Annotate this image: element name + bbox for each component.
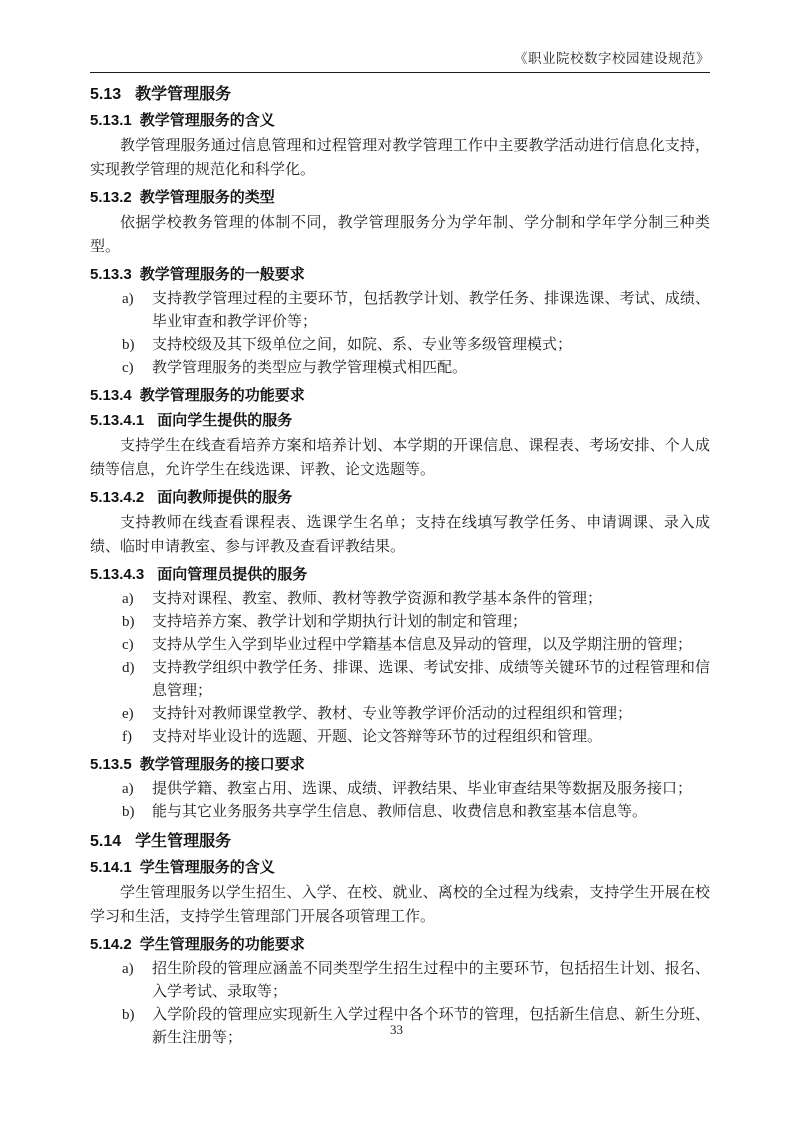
heading-5-13: 5.13教学管理服务 (90, 85, 710, 105)
document-page: 《职业院校数字校园建设规范》 5.13教学管理服务 5.13.1教学管理服务的含… (0, 0, 793, 1122)
paragraph: 教学管理服务通过信息管理和过程管理对教学管理工作中主要教学活动进行信息化支持，实… (90, 134, 710, 182)
list-item-marker: e) (122, 703, 152, 726)
list-item-text: 支持针对教师课堂教学、教材、专业等教学评价活动的过程组织和管理； (152, 703, 710, 726)
list-item: a) 招生阶段的管理应涵盖不同类型学生招生过程中的主要环节，包括招生计划、报名、… (122, 958, 710, 1004)
list-item-marker: a) (122, 778, 152, 801)
list-item: d) 支持教学组织中教学任务、排课、选课、考试安排、成绩等关键环节的过程管理和信… (122, 657, 710, 703)
page-header: 《职业院校数字校园建设规范》 (90, 50, 710, 73)
requirement-list-5-13-3: a) 支持教学管理过程的主要环节，包括教学计划、教学任务、排课选课、考试、成绩、… (90, 288, 710, 380)
list-item-text: 支持从学生入学到毕业过程中学籍基本信息及异动的管理，以及学期注册的管理； (152, 634, 710, 657)
list-item-marker: c) (122, 634, 152, 657)
list-item: c) 教学管理服务的类型应与教学管理模式相匹配。 (122, 357, 710, 380)
heading-number: 5.13.3 (90, 266, 132, 283)
list-item-marker: f) (122, 726, 152, 749)
list-item: e) 支持针对教师课堂教学、教材、专业等教学评价活动的过程组织和管理； (122, 703, 710, 726)
list-item-marker: a) (122, 958, 152, 1004)
page-footer: 33 (0, 1022, 793, 1038)
heading-5-13-4-2: 5.13.4.2面向教师提供的服务 (90, 488, 710, 507)
list-item: c) 支持从学生入学到毕业过程中学籍基本信息及异动的管理，以及学期注册的管理； (122, 634, 710, 657)
heading-5-14-1: 5.14.1学生管理服务的含义 (90, 858, 710, 877)
list-item-marker: a) (122, 288, 152, 334)
heading-title: 教学管理服务的类型 (140, 189, 275, 206)
heading-number: 5.13.4.2 (90, 489, 144, 506)
heading-5-13-4-3: 5.13.4.3面向管理员提供的服务 (90, 565, 710, 584)
heading-number: 5.14.2 (90, 936, 132, 953)
heading-number: 5.13.4.1 (90, 412, 144, 429)
list-item-text: 教学管理服务的类型应与教学管理模式相匹配。 (152, 357, 710, 380)
heading-5-13-3: 5.13.3教学管理服务的一般要求 (90, 265, 710, 284)
list-item-marker: b) (122, 334, 152, 357)
list-item-text: 支持对课程、教室、教师、教材等教学资源和教学基本条件的管理； (152, 588, 710, 611)
heading-5-13-4: 5.13.4教学管理服务的功能要求 (90, 386, 710, 405)
list-item-text: 提供学籍、教室占用、选课、成绩、评教结果、毕业审查结果等数据及服务接口； (152, 778, 710, 801)
heading-title: 教学管理服务的功能要求 (140, 387, 305, 404)
requirement-list-5-13-4-3: a) 支持对课程、教室、教师、教材等教学资源和教学基本条件的管理； b) 支持培… (90, 588, 710, 749)
heading-5-13-1: 5.13.1教学管理服务的含义 (90, 111, 710, 130)
list-item: b) 支持校级及其下级单位之间，如院、系、专业等多级管理模式； (122, 334, 710, 357)
list-item-marker: b) (122, 611, 152, 634)
list-item-marker: d) (122, 657, 152, 703)
heading-5-13-4-1: 5.13.4.1面向学生提供的服务 (90, 411, 710, 430)
paragraph: 支持学生在线查看培养方案和培养计划、本学期的开课信息、课程表、考场安排、个人成绩… (90, 434, 710, 482)
heading-number: 5.14.1 (90, 859, 132, 876)
paragraph: 支持教师在线查看课程表、选课学生名单；支持在线填写教学任务、申请调课、录入成绩、… (90, 511, 710, 559)
heading-5-13-2: 5.13.2教学管理服务的类型 (90, 188, 710, 207)
heading-title: 面向学生提供的服务 (157, 412, 292, 429)
page-number: 33 (390, 1022, 403, 1037)
requirement-list-5-13-5: a) 提供学籍、教室占用、选课、成绩、评教结果、毕业审查结果等数据及服务接口； … (90, 778, 710, 824)
list-item: f) 支持对毕业设计的选题、开题、论文答辩等环节的过程组织和管理。 (122, 726, 710, 749)
paragraph: 依据学校教务管理的体制不同，教学管理服务分为学年制、学分制和学年学分制三种类型。 (90, 211, 710, 259)
list-item-text: 支持校级及其下级单位之间，如院、系、专业等多级管理模式； (152, 334, 710, 357)
list-item: b) 支持培养方案、教学计划和学期执行计划的制定和管理； (122, 611, 710, 634)
list-item-text: 支持对毕业设计的选题、开题、论文答辩等环节的过程组织和管理。 (152, 726, 710, 749)
list-item-text: 招生阶段的管理应涵盖不同类型学生招生过程中的主要环节，包括招生计划、报名、入学考… (152, 958, 710, 1004)
list-item-text: 支持教学管理过程的主要环节，包括教学计划、教学任务、排课选课、考试、成绩、毕业审… (152, 288, 710, 334)
paragraph: 学生管理服务以学生招生、入学、在校、就业、离校的全过程为线索，支持学生开展在校学… (90, 881, 710, 929)
heading-title: 学生管理服务的含义 (140, 859, 275, 876)
header-title: 《职业院校数字校园建设规范》 (514, 51, 710, 66)
heading-title: 面向管理员提供的服务 (157, 566, 307, 583)
heading-5-13-5: 5.13.5教学管理服务的接口要求 (90, 755, 710, 774)
heading-title: 教学管理服务的含义 (140, 112, 275, 129)
heading-number: 5.13.4.3 (90, 566, 144, 583)
list-item-marker: b) (122, 801, 152, 824)
heading-number: 5.14 (90, 833, 121, 850)
heading-title: 面向教师提供的服务 (157, 489, 292, 506)
heading-title: 学生管理服务 (135, 833, 231, 850)
heading-number: 5.13 (90, 86, 121, 103)
list-item-text: 支持教学组织中教学任务、排课、选课、考试安排、成绩等关键环节的过程管理和信息管理… (152, 657, 710, 703)
list-item-text: 能与其它业务服务共享学生信息、教师信息、收费信息和教室基本信息等。 (152, 801, 710, 824)
list-item-marker: a) (122, 588, 152, 611)
heading-5-14-2: 5.14.2学生管理服务的功能要求 (90, 935, 710, 954)
list-item: a) 提供学籍、教室占用、选课、成绩、评教结果、毕业审查结果等数据及服务接口； (122, 778, 710, 801)
heading-title: 学生管理服务的功能要求 (140, 936, 305, 953)
heading-number: 5.13.1 (90, 112, 132, 129)
heading-number: 5.13.5 (90, 756, 132, 773)
page-content: 5.13教学管理服务 5.13.1教学管理服务的含义 教学管理服务通过信息管理和… (90, 73, 710, 1050)
heading-5-14: 5.14学生管理服务 (90, 832, 710, 852)
heading-number: 5.13.4 (90, 387, 132, 404)
heading-title: 教学管理服务的接口要求 (140, 756, 305, 773)
list-item: b) 能与其它业务服务共享学生信息、教师信息、收费信息和教室基本信息等。 (122, 801, 710, 824)
list-item-marker: c) (122, 357, 152, 380)
list-item: a) 支持对课程、教室、教师、教材等教学资源和教学基本条件的管理； (122, 588, 710, 611)
list-item-text: 支持培养方案、教学计划和学期执行计划的制定和管理； (152, 611, 710, 634)
heading-number: 5.13.2 (90, 189, 132, 206)
heading-title: 教学管理服务的一般要求 (140, 266, 305, 283)
list-item: a) 支持教学管理过程的主要环节，包括教学计划、教学任务、排课选课、考试、成绩、… (122, 288, 710, 334)
heading-title: 教学管理服务 (135, 86, 231, 103)
